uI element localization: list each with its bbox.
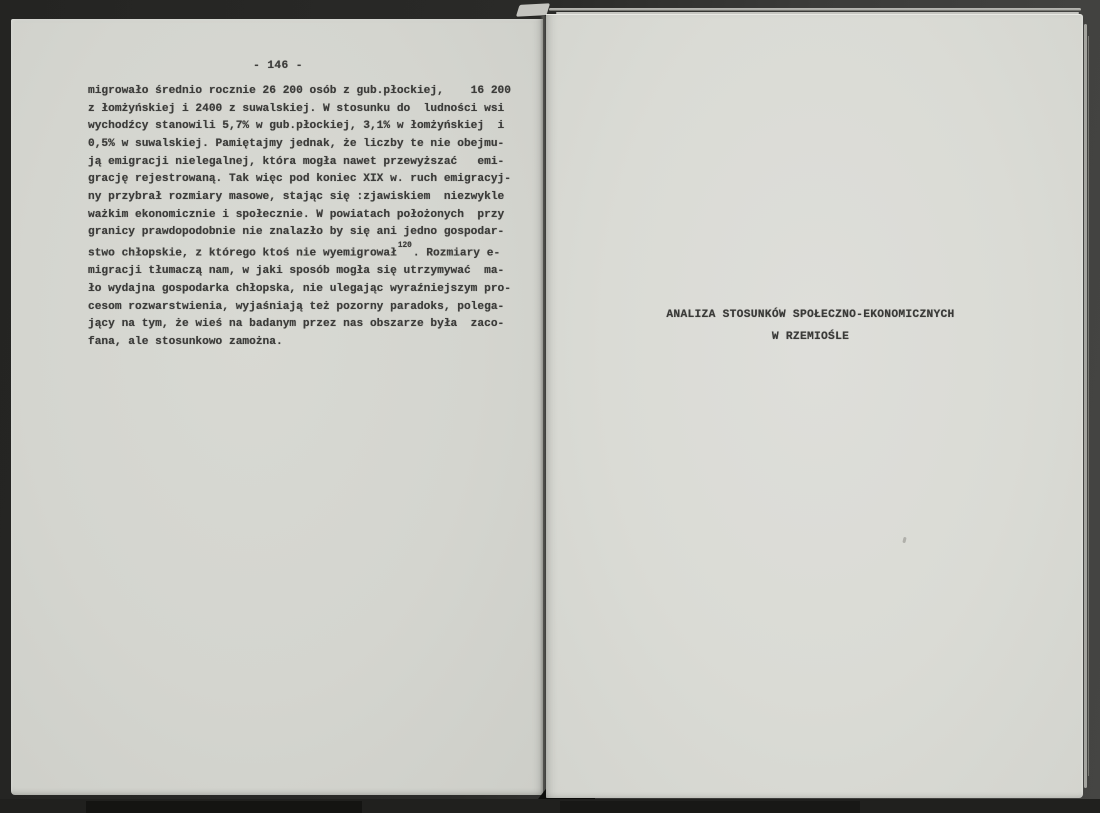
page-edge-top-outer — [549, 8, 1081, 11]
chapter-heading-line-2: W RZEMIOŚLE — [546, 326, 1075, 348]
paragraph-line: ważkim ekonomicznie i społecznie. W powi… — [88, 207, 534, 225]
paragraph-line: grację rejestrowaną. Tak więc pod koniec… — [88, 171, 534, 189]
paragraph-line: migracji tłumaczą nam, w jaki sposób mog… — [88, 263, 534, 281]
page-edge-stack-right-inner — [1088, 36, 1089, 776]
book-scan: - 146 - migrowało średnio rocznie 26 200… — [0, 0, 1100, 813]
left-page: - 146 - migrowało średnio rocznie 26 200… — [11, 19, 543, 795]
page-corner-tab — [516, 3, 550, 17]
chapter-heading: ANALIZA STOSUNKÓW SPOŁECZNO-EKONOMICZNYC… — [546, 304, 1075, 348]
paragraph-line: z łomżyńskiej i 2400 z suwalskiej. W sto… — [88, 101, 534, 119]
chapter-heading-line-1: ANALIZA STOSUNKÓW SPOŁECZNO-EKONOMICZNYC… — [546, 304, 1075, 326]
paragraph-line: wychodźcy stanowili 5,7% w gub.płockiej,… — [88, 118, 534, 136]
paragraph-line: granicy prawdopodobnie nie znalazło by s… — [88, 224, 534, 242]
book-spine-right — [560, 801, 860, 813]
paragraph-line: ją emigracji nielegalnej, która mogła na… — [88, 154, 534, 172]
paragraph-line: migrowało średnio rocznie 26 200 osób z … — [88, 83, 534, 101]
page-edge-stack-right-outer — [1084, 24, 1087, 788]
footnote-reference: 120 — [397, 242, 413, 250]
paragraph-line: cesom rozwarstwienia, wyjaśniają też poz… — [88, 299, 534, 317]
right-page: ANALIZA STOSUNKÓW SPOŁECZNO-EKONOMICZNYC… — [546, 14, 1083, 798]
book-spine-left — [86, 801, 362, 813]
paragraph-line: fana, ale stosunkowo zamożna. — [88, 334, 534, 352]
page-number: - 146 - — [88, 60, 468, 72]
paragraph-line: ło wydajna gospodarka chłopska, nie uleg… — [88, 281, 534, 299]
paragraph: migrowało średnio rocznie 26 200 osób z … — [88, 83, 534, 352]
paragraph-line: jący na tym, że wieś na badanym przez na… — [88, 316, 534, 334]
paragraph-line: ny przybrał rozmiary masowe, stając się … — [88, 189, 534, 207]
paragraph-line: stwo chłopskie, z którego ktoś nie wyemi… — [88, 242, 534, 263]
paragraph-line: 0,5% w suwalskiej. Pamiętajmy jednak, że… — [88, 136, 534, 154]
stray-mark — [902, 537, 906, 544]
